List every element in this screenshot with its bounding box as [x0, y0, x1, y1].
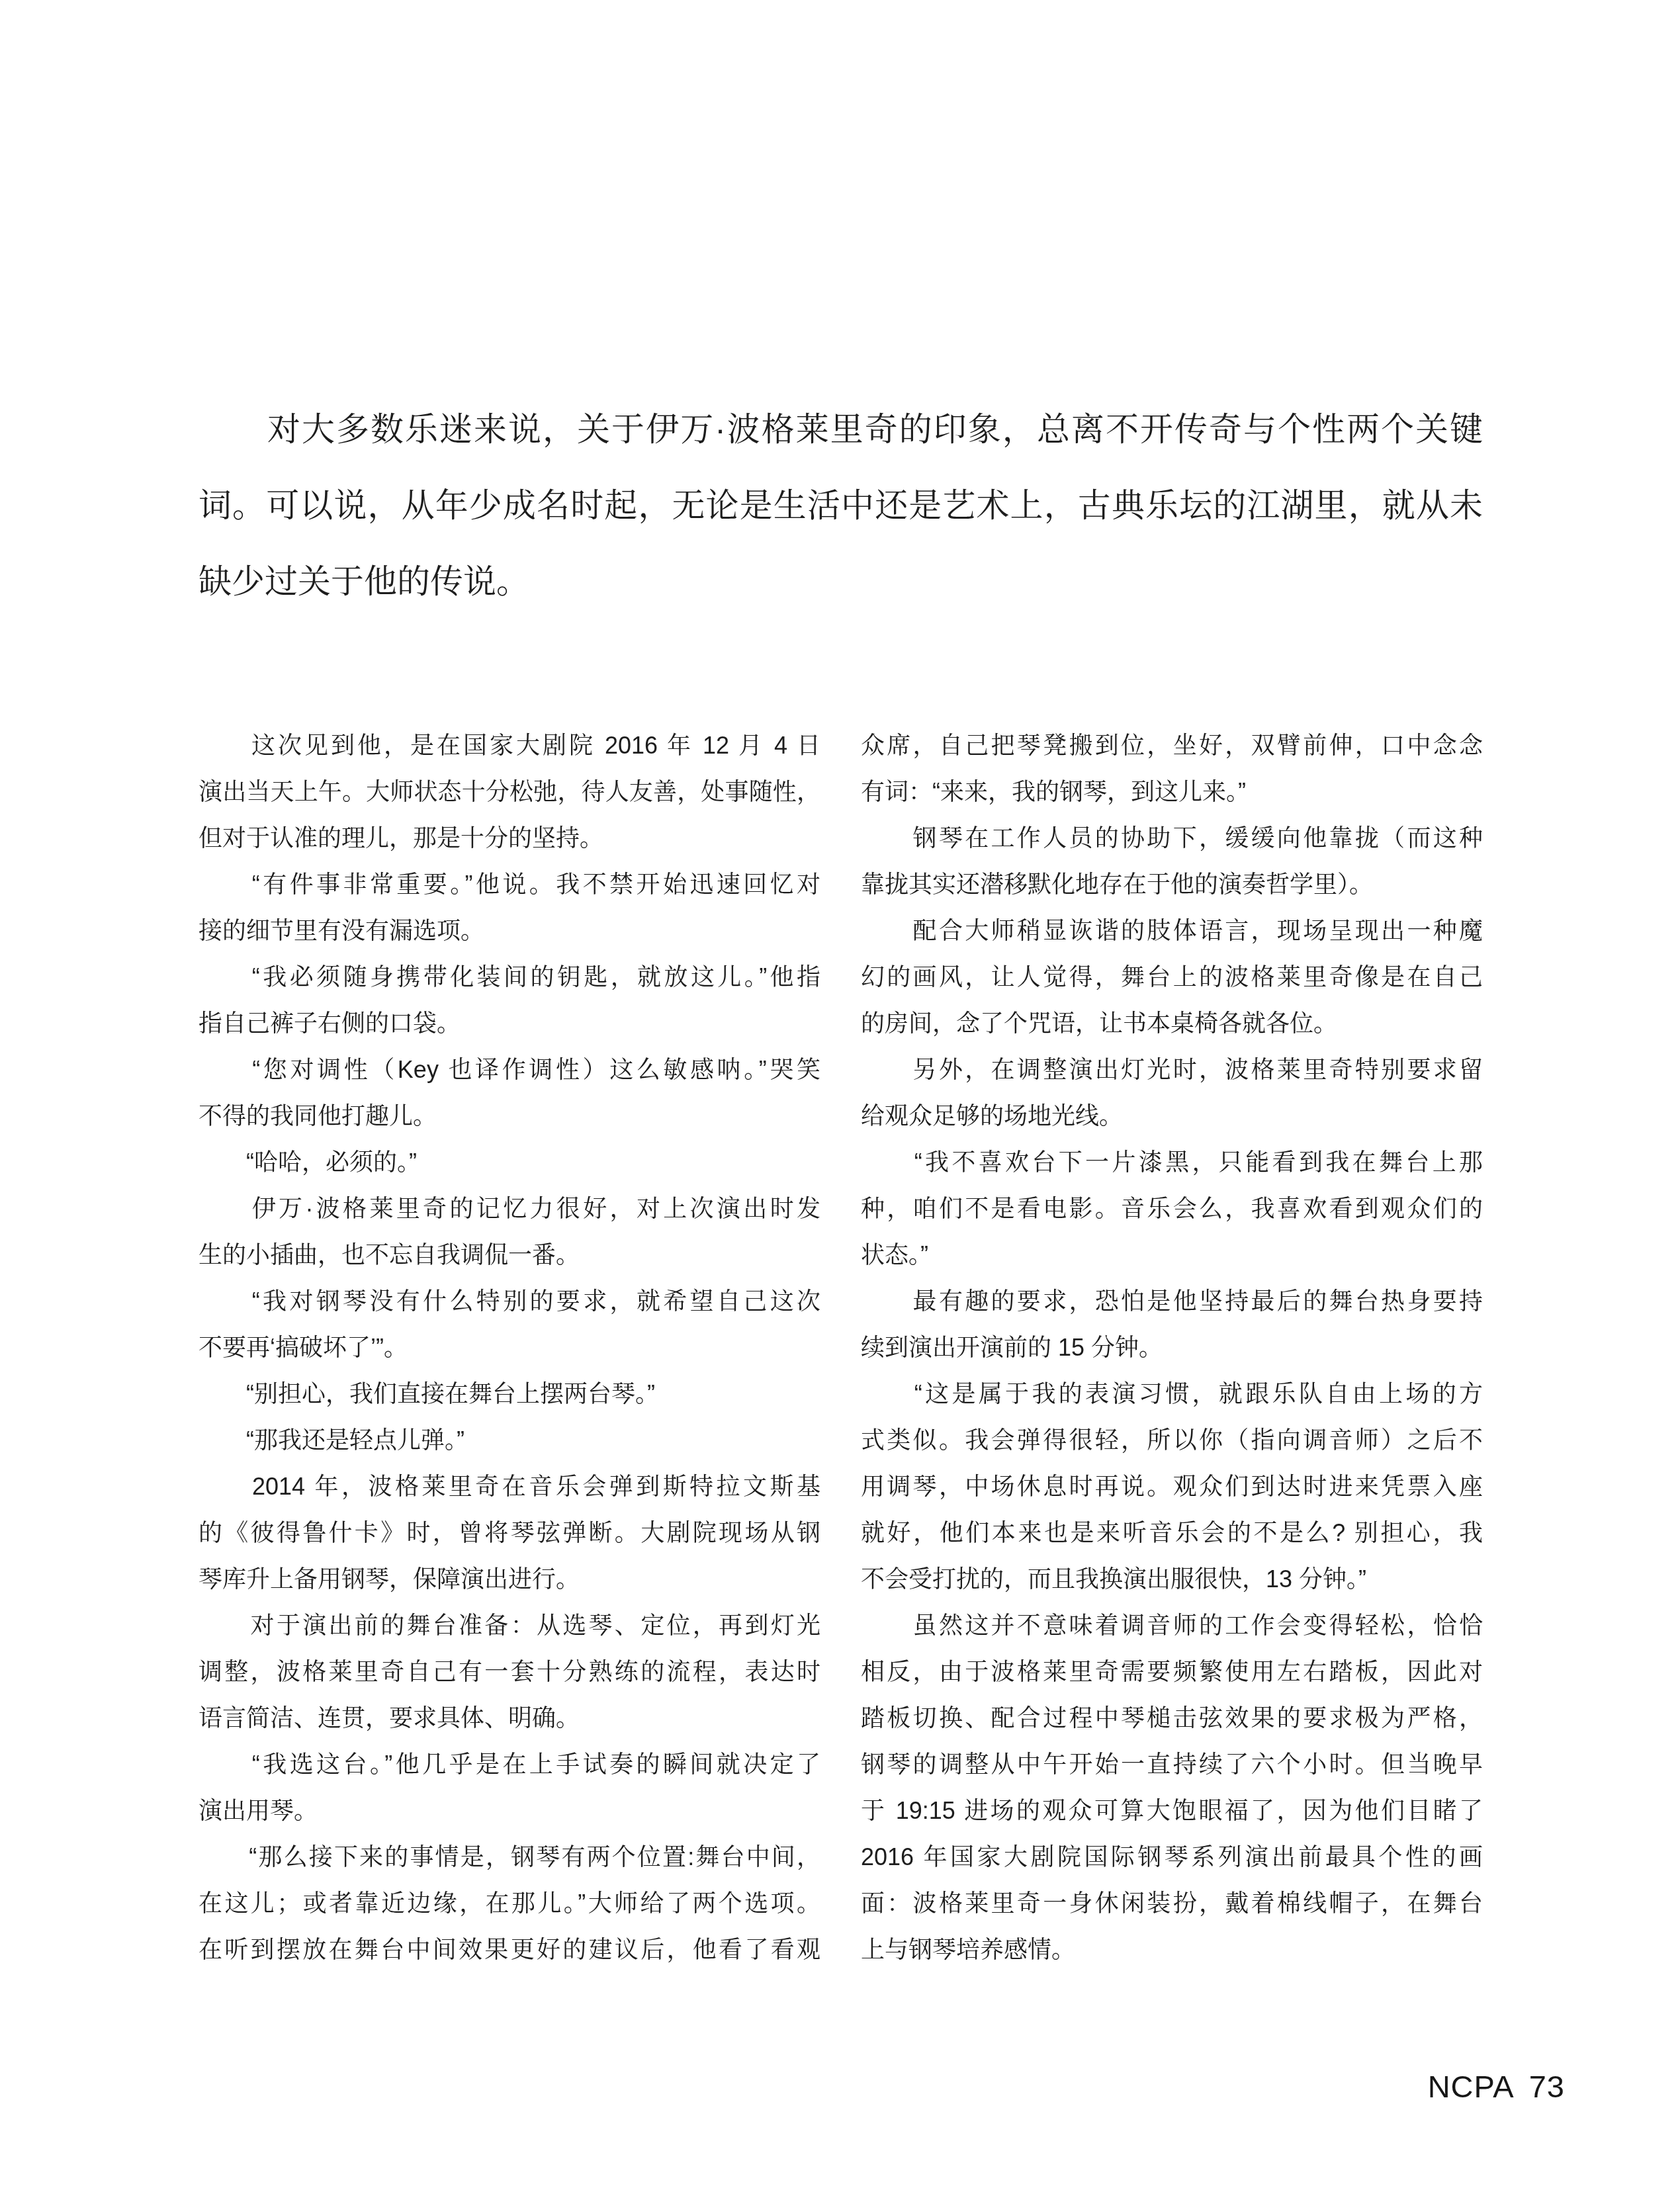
article-body: 这次见到他，是在国家大剧院 2016 年 12 月 4 日演出当天上午。大师状态… [199, 722, 1483, 1973]
text-line: 琴库升上备用钢琴，保障演出进行。 [199, 1556, 820, 1602]
text-line: 虽然这并不意味着调音师的工作会变得轻松，恰恰 [861, 1602, 1483, 1649]
text-line: 对于演出前的舞台准备：从选琴、定位，再到灯光 [199, 1602, 820, 1649]
text-line: 演出用琴。 [199, 1788, 820, 1834]
text-line: 不会受打扰的，而且我换演出服很快，13 分钟。” [861, 1556, 1483, 1602]
text-line: 另外，在调整演出灯光时，波格莱里奇特别要求留 [861, 1047, 1483, 1093]
text-line: “那么接下来的事情是，钢琴有两个位置:舞台中间， [199, 1834, 820, 1880]
text-line: 2014 年，波格莱里奇在音乐会弹到斯特拉文斯基 [199, 1464, 820, 1510]
text-line: “我不喜欢台下一片漆黑，只能看到我在舞台上那 [861, 1139, 1483, 1186]
magazine-page: 对大多数乐迷来说，关于伊万·波格莱里奇的印象，总离不开传奇与个性两个关键词。可以… [0, 0, 1680, 2188]
text-line: “哈哈，必须的。” [199, 1139, 820, 1186]
text-line: 语言简洁、连贯，要求具体、明确。 [199, 1695, 820, 1741]
page-number: 73 [1529, 2069, 1565, 2104]
text-line: 但对于认准的理儿，那是十分的坚持。 [199, 815, 820, 861]
text-line: 调整，波格莱里奇自己有一套十分熟练的流程，表达时 [199, 1649, 820, 1695]
text-line: 钢琴在工作人员的协助下，缓缓向他靠拢（而这种 [861, 815, 1483, 861]
text-line: 伊万·波格莱里奇的记忆力很好，对上次演出时发 [199, 1186, 820, 1232]
text-line: 式类似。我会弹得很轻，所以你（指向调音师）之后不 [861, 1417, 1483, 1464]
text-line: 词。可以说，从年少成名时起，无论是生活中还是艺术上，古典乐坛的江湖里，就从未 [199, 468, 1483, 544]
text-line: 给观众足够的场地光线。 [861, 1093, 1483, 1139]
text-line: 演出当天上午。大师状态十分松弛，待人友善，处事随性， [199, 769, 820, 815]
page-footer: NCPA73 [1428, 2068, 1565, 2105]
text-line: 相反，由于波格莱里奇需要频繁使用左右踏板，因此对 [861, 1649, 1483, 1695]
journal-name: NCPA [1428, 2069, 1515, 2104]
text-line: 最有趣的要求，恐怕是他坚持最后的舞台热身要持 [861, 1278, 1483, 1325]
text-line: 就好，他们本来也是来听音乐会的不是么? 别担心，我 [861, 1510, 1483, 1556]
text-line: 2016 年国家大剧院国际钢琴系列演出前最具个性的画 [861, 1834, 1483, 1880]
text-line: 上与钢琴培养感情。 [861, 1927, 1483, 1973]
text-line: “我对钢琴没有什么特别的要求，就希望自己这次 [199, 1278, 820, 1325]
text-line: “我选这台。”他几乎是在上手试奏的瞬间就决定了 [199, 1741, 820, 1788]
text-line: 不得的我同他打趣儿。 [199, 1093, 820, 1139]
text-line: 在听到摆放在舞台中间效果更好的建议后，他看了看观 [199, 1927, 820, 1973]
text-line: 于 19:15 进场的观众可算大饱眼福了，因为他们目睹了 [861, 1788, 1483, 1834]
text-line: 靠拢其实还潜移默化地存在于他的演奏哲学里）。 [861, 861, 1483, 908]
text-line: 这次见到他，是在国家大剧院 2016 年 12 月 4 日 [199, 722, 820, 769]
text-line: “别担心，我们直接在舞台上摆两台琴。” [199, 1371, 820, 1417]
text-line: 在这儿；或者靠近边缘，在那儿。”大师给了两个选项。 [199, 1880, 820, 1927]
text-line: “我必须随身携带化装间的钥匙，就放这儿。”他指 [199, 954, 820, 1000]
text-line: 的《彼得鲁什卡》时，曾将琴弦弹断。大剧院现场从钢 [199, 1510, 820, 1556]
intro-paragraph: 对大多数乐迷来说，关于伊万·波格莱里奇的印象，总离不开传奇与个性两个关键词。可以… [199, 392, 1483, 620]
text-line: “这是属于我的表演习惯，就跟乐队自由上场的方 [861, 1371, 1483, 1417]
text-line: “您对调性（Key 也译作调性）这么敏感呐。”哭笑 [199, 1047, 820, 1093]
text-line: 踏板切换、配合过程中琴槌击弦效果的要求极为严格， [861, 1695, 1483, 1741]
text-line: 配合大师稍显诙谐的肢体语言，现场呈现出一种魔 [861, 908, 1483, 954]
text-line: “有件事非常重要。”他说。我不禁开始迅速回忆对 [199, 861, 820, 908]
text-line: 的房间，念了个咒语，让书本桌椅各就各位。 [861, 1000, 1483, 1047]
text-line: 续到演出开演前的 15 分钟。 [861, 1325, 1483, 1371]
text-line: 幻的画风，让人觉得，舞台上的波格莱里奇像是在自己 [861, 954, 1483, 1000]
text-line: 有词：“来来，我的钢琴，到这儿来。” [861, 769, 1483, 815]
column-left: 这次见到他，是在国家大剧院 2016 年 12 月 4 日演出当天上午。大师状态… [199, 722, 820, 1973]
text-line: 状态。” [861, 1232, 1483, 1278]
text-line: 面：波格莱里奇一身休闲装扮，戴着棉线帽子，在舞台 [861, 1880, 1483, 1927]
text-line: 指自己裤子右侧的口袋。 [199, 1000, 820, 1047]
text-line: 对大多数乐迷来说，关于伊万·波格莱里奇的印象，总离不开传奇与个性两个关键 [199, 392, 1483, 468]
column-right: 众席，自己把琴凳搬到位，坐好，双臂前伸，口中念念有词：“来来，我的钢琴，到这儿来… [861, 722, 1483, 1973]
text-line: 生的小插曲，也不忘自我调侃一番。 [199, 1232, 820, 1278]
text-line: “那我还是轻点儿弹。” [199, 1417, 820, 1464]
text-line: 种，咱们不是看电影。音乐会么，我喜欢看到观众们的 [861, 1186, 1483, 1232]
text-line: 缺少过关于他的传说。 [199, 544, 1483, 620]
text-line: 不要再‘搞破坏了’”。 [199, 1325, 820, 1371]
text-line: 用调琴，中场休息时再说。观众们到达时进来凭票入座 [861, 1464, 1483, 1510]
text-line: 众席，自己把琴凳搬到位，坐好，双臂前伸，口中念念 [861, 722, 1483, 769]
text-line: 接的细节里有没有漏选项。 [199, 908, 820, 954]
text-line: 钢琴的调整从中午开始一直持续了六个小时。但当晚早 [861, 1741, 1483, 1788]
